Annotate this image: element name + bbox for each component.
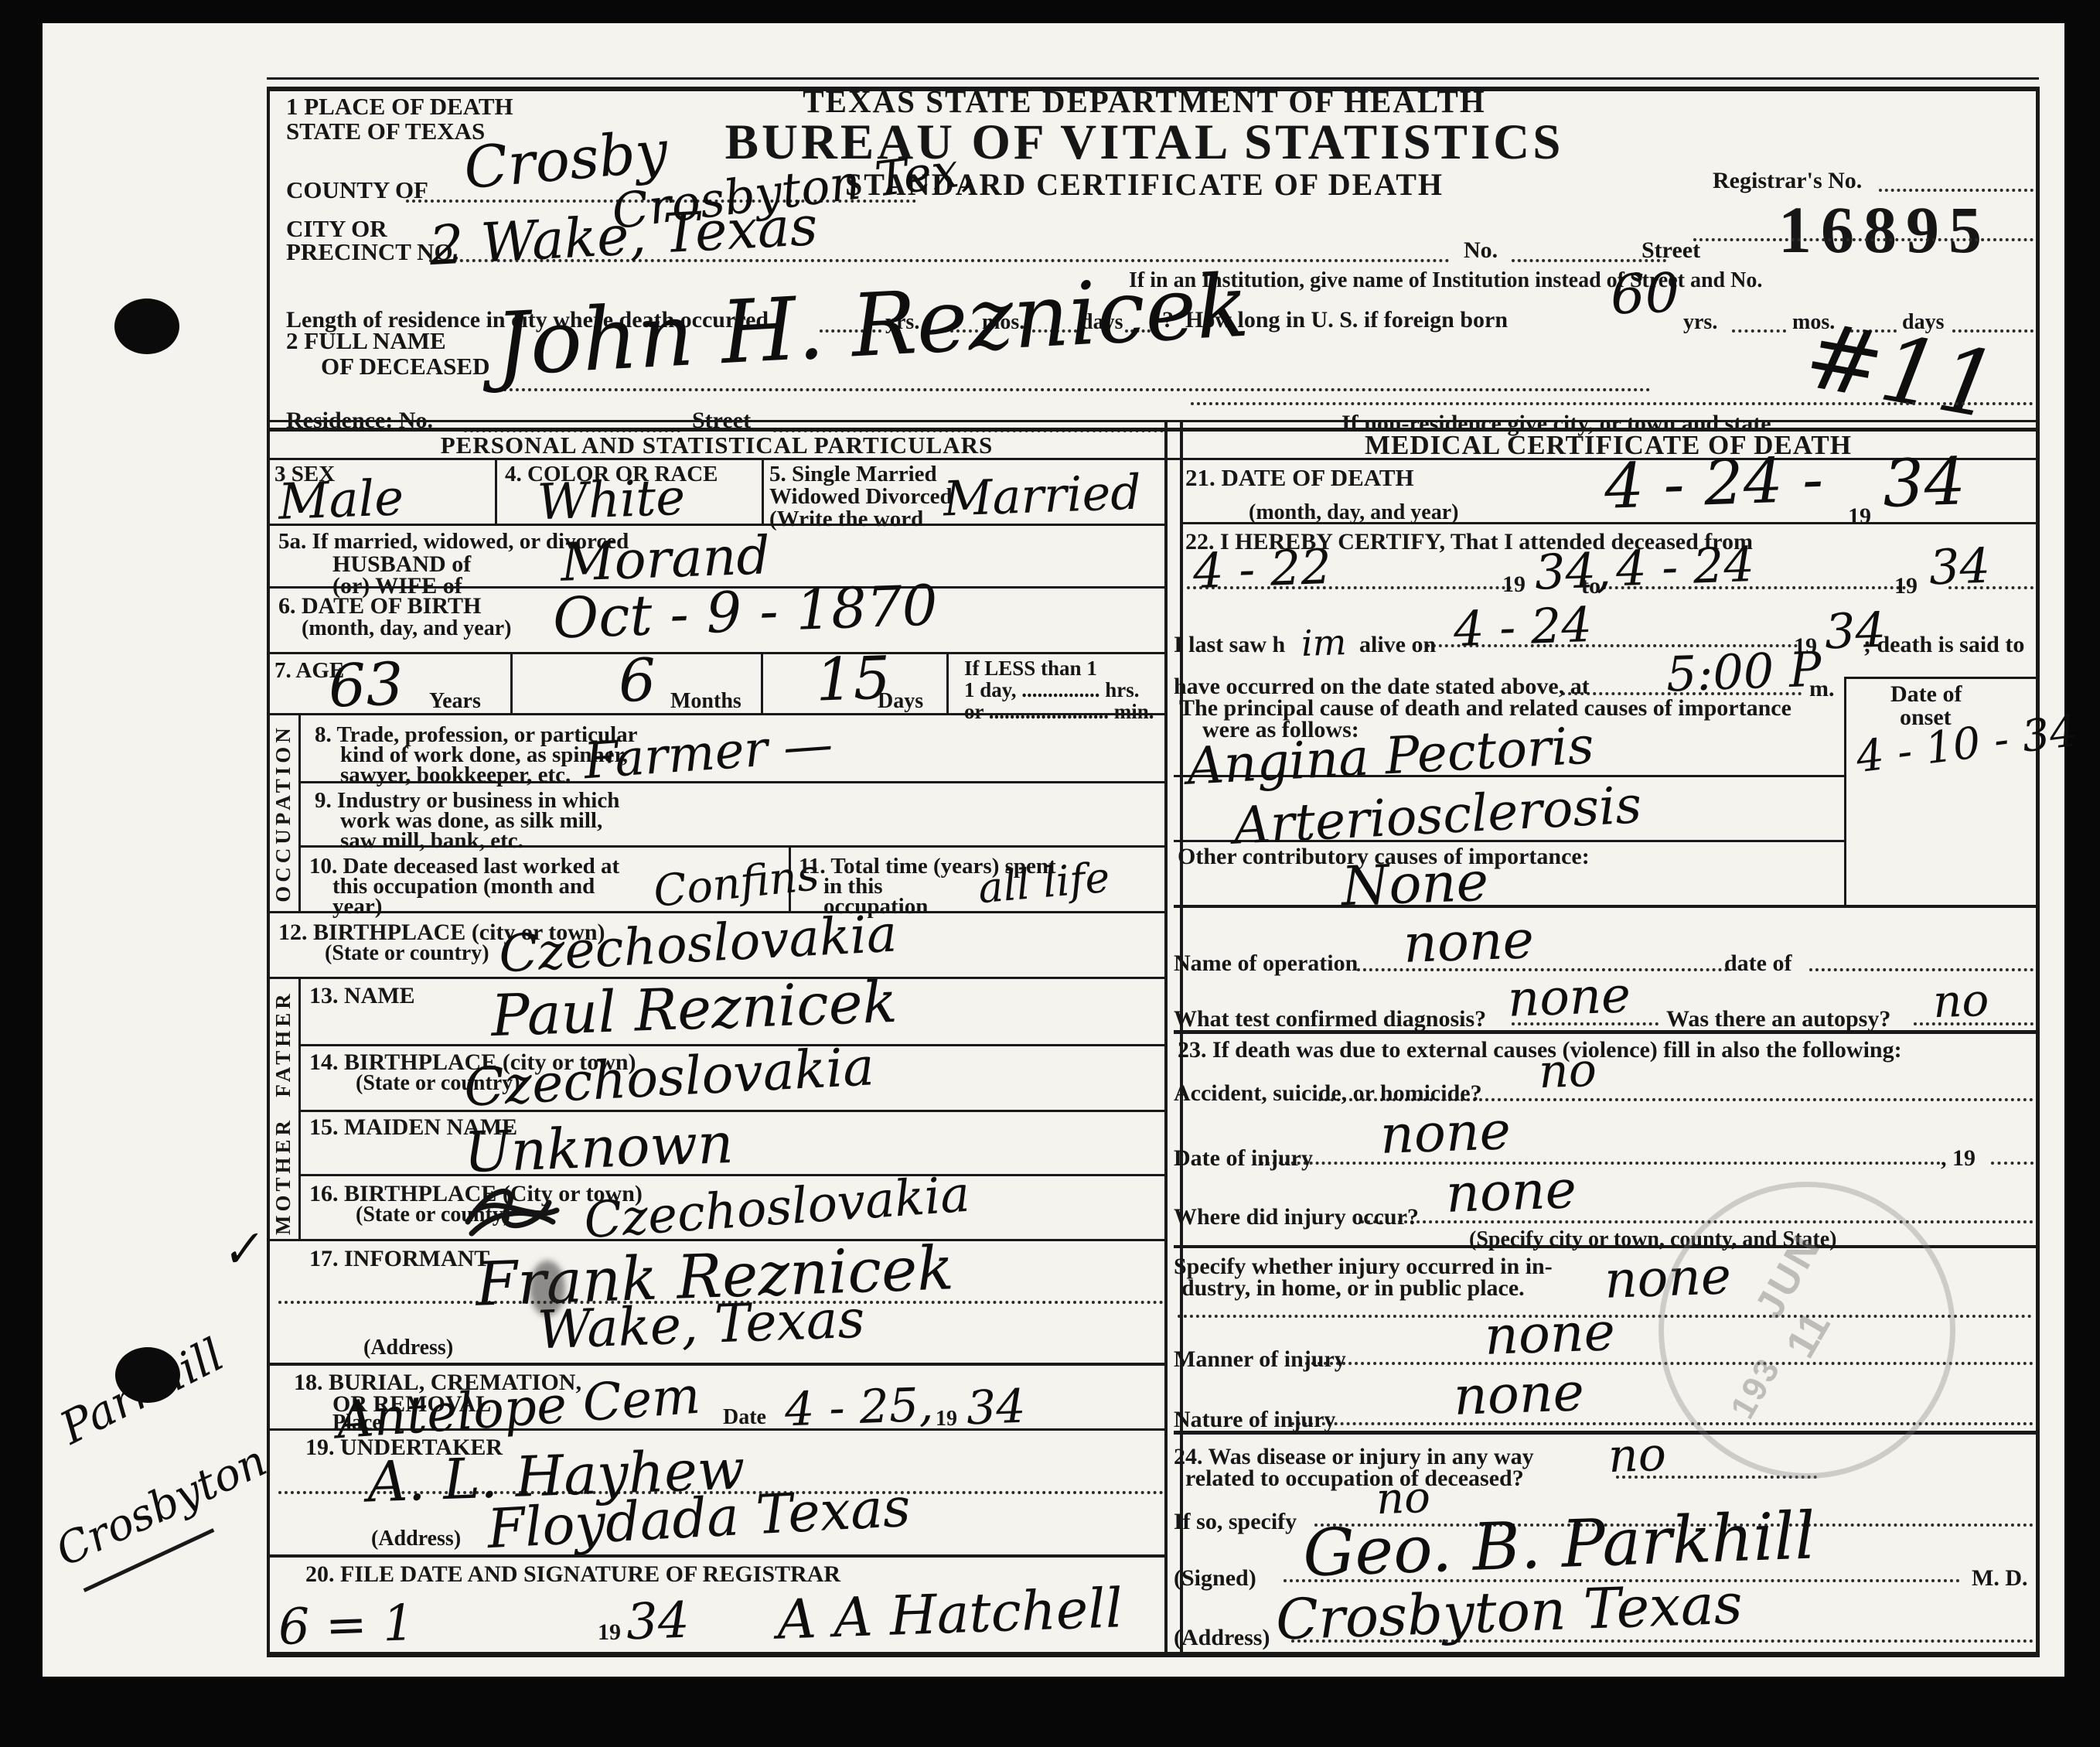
last-worked-label-3: year) <box>332 895 382 918</box>
industry-label-3: saw mill, bank, etc. <box>340 829 523 852</box>
burial-19: 19 <box>936 1407 957 1430</box>
form-top-thin-rule <box>267 77 2039 80</box>
onset-label-1: Date of <box>1890 682 1962 707</box>
dod-label: 21. DATE OF DEATH <box>1185 466 1414 491</box>
lastsaw-post: alive on <box>1359 633 1436 657</box>
last-worked-value: Confins <box>652 854 821 914</box>
dod-sub: (month, day, and year) <box>1249 501 1458 524</box>
age-months-label: Months <box>670 690 741 712</box>
total-time-value: all life <box>977 857 1111 910</box>
autopsy-label: Was there an autopsy? <box>1666 1007 1890 1032</box>
death-said: ; death is said to <box>1863 633 2024 657</box>
street-label: Street <box>1641 238 1700 263</box>
lastsaw-pre: I last saw h <box>1174 633 1285 657</box>
nonresidence-line <box>1191 402 2034 405</box>
where-label: Where did injury occur? <box>1174 1205 1419 1230</box>
undertaker-address-label: (Address) <box>371 1527 461 1550</box>
where-value: none <box>1445 1164 1577 1221</box>
lastsaw-him: im <box>1301 624 1347 661</box>
personal-section-title: PERSONAL AND STATISTICAL PARTICULARS <box>441 433 994 459</box>
manner-label: Manner of injury <box>1174 1347 1346 1372</box>
nature-label: Nature of injury <box>1174 1407 1335 1432</box>
marital-value: Married <box>943 469 1142 524</box>
r-rule-1170 <box>1174 905 2040 908</box>
age-v-3 <box>946 652 949 713</box>
form-bottom-rule <box>267 1652 2040 1657</box>
fullname-value: John H. Reznicek <box>493 263 1251 389</box>
cause1-onset-value: 4 - 10 - 34 <box>1854 710 2080 780</box>
foreign-line1 <box>1732 329 1786 333</box>
attended-from-value: 4 - 22 <box>1192 543 1332 595</box>
informant-address-value: Wake, Texas <box>537 1294 865 1358</box>
dod-year: 34 <box>1882 449 1967 517</box>
dateof-line <box>1809 968 2034 971</box>
age-years-label: Years <box>429 690 481 712</box>
age-less-1: If LESS than 1 <box>964 657 1097 679</box>
age-v-1 <box>510 652 513 713</box>
age-days-label: Days <box>878 690 923 712</box>
department-title: TEXAS STATE DEPARTMENT OF HEALTH <box>803 85 1486 118</box>
dod-19: 19 <box>1848 504 1871 529</box>
father-name-label: 13. NAME <box>309 984 415 1008</box>
fullname-label-1: 2 FULL NAME <box>286 329 446 354</box>
onset-box-top <box>1844 677 2040 679</box>
injury-date-label: Date of injury <box>1174 1146 1313 1171</box>
file-date-value: 6 = 1 <box>278 1599 415 1653</box>
foreign-yrs-label: yrs. <box>1683 311 1717 333</box>
from-19: 19 <box>1502 572 1526 597</box>
band-rule-1 <box>267 420 2039 422</box>
dob-label: 6. DATE OF BIRTH <box>278 594 481 619</box>
foreign-years-value: 60 <box>1610 265 1680 322</box>
injury-19-label: , 19 <box>1941 1146 1976 1171</box>
lastsaw-value: 4 - 24 <box>1453 601 1593 653</box>
hole-punch-top <box>114 299 179 354</box>
file-19: 19 <box>598 1620 621 1645</box>
contrib-value: None <box>1341 855 1489 914</box>
father-side-label: FATHER <box>267 977 299 1110</box>
to-label: to <box>1581 574 1601 599</box>
registrar-no-label: Registrar's No. <box>1713 169 1862 193</box>
place-of-death-label: 1 PLACE OF DEATH <box>286 94 513 120</box>
marital-label-3: (Write the word <box>769 507 923 531</box>
no-label: No. <box>1464 238 1498 263</box>
attended-to-value: 4 - 24 <box>1615 541 1755 593</box>
autopsy-value: no <box>1932 978 1989 1024</box>
fullname-line <box>491 388 1651 391</box>
dateof-label: date of <box>1724 951 1791 976</box>
sex-value: Male <box>278 473 404 527</box>
registrar-signature: A A Hatchell <box>776 1581 1123 1647</box>
l-rule-1435 <box>298 1110 1168 1112</box>
operation-label: Name of operation <box>1174 951 1358 976</box>
informant-label: 17. INFORMANT <box>309 1247 489 1271</box>
occupation-side-label: OCCUPATION <box>267 713 299 913</box>
age-v-2 <box>761 652 763 713</box>
age-months-value: 6 <box>618 650 657 711</box>
age-less-3: or ....................... min. <box>964 701 1154 722</box>
manner-value: none <box>1484 1306 1616 1363</box>
father-name-value: Paul Reznicek <box>490 974 898 1045</box>
marital-label-1: 5. Single Married <box>769 462 937 486</box>
dod-value: 4 - 24 - <box>1604 449 1825 518</box>
dob-value: Oct - 9 - 1870 <box>552 577 939 646</box>
operation-value: none <box>1403 914 1535 971</box>
registrar-section-label: 20. FILE DATE AND SIGNATURE OF REGISTRAR <box>305 1562 840 1587</box>
cell-v-640 <box>495 460 497 524</box>
ink-scribble <box>460 1175 568 1245</box>
injdate-19-line <box>1991 1162 2034 1165</box>
informant-checkmark: ✓ <box>217 1223 264 1277</box>
marital-label-2: Widowed Divorced <box>769 485 953 508</box>
m-label: m. <box>1809 677 1835 701</box>
form-right-border <box>2036 87 2040 1657</box>
age-less-2: 1 day, ............... hrs. <box>964 679 1140 701</box>
birthplace-sub: (State or country) <box>325 942 489 964</box>
injdate-line <box>1260 1162 1941 1165</box>
registrar-entry-line <box>1693 238 2034 241</box>
test-value: none <box>1507 971 1631 1025</box>
l-rule-1762 <box>267 1363 1168 1366</box>
related-label-2: related to occupation of deceased? <box>1185 1466 1524 1491</box>
mother-side-label: MOTHER <box>267 1110 299 1241</box>
center-divider-left <box>1164 420 1168 1653</box>
state-of-texas-label: STATE OF TEXAS <box>286 119 485 145</box>
age-years-value: 63 <box>328 654 404 715</box>
case-mark: #11 <box>1799 309 2005 432</box>
color-value: White <box>537 473 686 528</box>
ifso-label: If so, specify <box>1174 1510 1297 1534</box>
physician-address: Crosbyton Texas <box>1275 1575 1744 1647</box>
hole-punch-bottom <box>115 1347 180 1403</box>
mother-name-value: Unknown <box>463 1115 735 1180</box>
accident-label: Accident, suicide, or homicide? <box>1174 1081 1482 1106</box>
trade-label-3: sawyer, bookkeeper, etc. <box>340 763 571 786</box>
time-value: 5:00 P <box>1665 646 1822 699</box>
test-label: What test confirmed diagnosis? <box>1174 1007 1486 1032</box>
burial-date-value: 4 - 25, <box>784 1382 934 1434</box>
injury-date-value: none <box>1379 1105 1512 1162</box>
certificate-page: TEXAS STATE DEPARTMENT OF HEALTH BUREAU … <box>43 23 2064 1677</box>
burial-year-value: 34 <box>966 1384 1026 1432</box>
dob-sub: (month, day, and year) <box>302 617 511 640</box>
certificate-number: 16895 <box>1778 195 1991 264</box>
accident-value: no <box>1538 1047 1597 1096</box>
signed-label: (Signed) <box>1174 1566 1256 1591</box>
related-value: no <box>1607 1431 1667 1480</box>
onset-box-left <box>1844 677 1846 905</box>
to-year-value: 34 <box>1928 542 1991 592</box>
physician-address-label: (Address) <box>1174 1626 1270 1650</box>
cell-v-985 <box>762 460 764 524</box>
md-label: M. D. <box>1972 1566 2027 1591</box>
scanned-death-certificate: TEXAS STATE DEPARTMENT OF HEALTH BUREAU … <box>0 0 2100 1747</box>
specify-label-2: dustry, in home, or in public place. <box>1181 1276 1525 1301</box>
nature-value: none <box>1453 1367 1585 1424</box>
to-19: 19 <box>1894 574 1918 599</box>
informant-address-label: (Address) <box>363 1336 453 1359</box>
file-year-value: 34 <box>626 1596 690 1648</box>
registrar-no-line <box>1879 189 2034 192</box>
burial-date-label: Date <box>723 1406 766 1428</box>
l-rule-2010 <box>267 1554 1168 1558</box>
fullname-label-2: OF DECEASED <box>321 354 489 380</box>
